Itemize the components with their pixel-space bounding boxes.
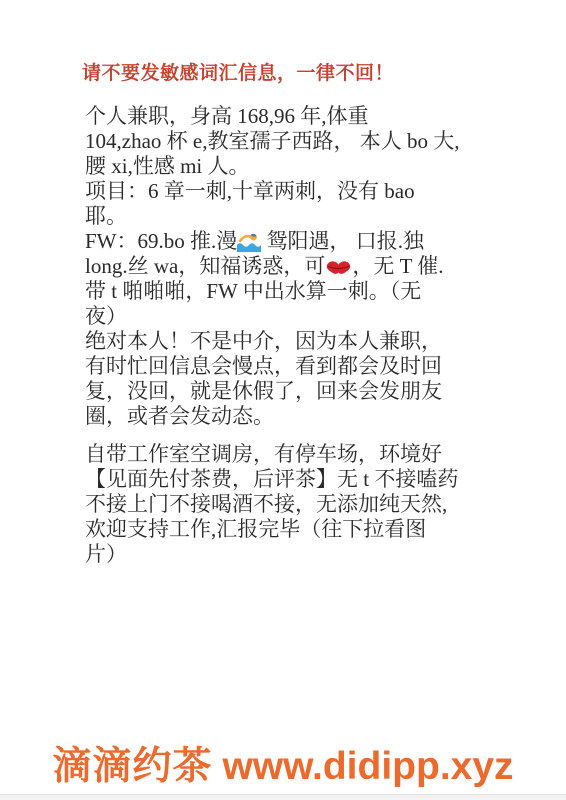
swimmer-emoji-icon (237, 230, 261, 252)
text-fragment: long.丝 wa，知福诱惑，可 (85, 254, 325, 278)
text-fragment: ，无 T 催. (352, 254, 443, 278)
ad-body: 个人兼职，身高 168,96 年,体重 104,zhao 杯 e,教室孺子西路，… (85, 104, 505, 567)
text-line: 自带工作室空调房，有停车场，环境好 (85, 442, 505, 467)
text-line: 个人兼职，身高 168,96 年,体重 (85, 104, 505, 129)
ad-page: 请不要发敏感词汇信息，一律不回！ 个人兼职，身高 168,96 年,体重 104… (0, 0, 566, 800)
text-line: 腰 xi,性感 mi 人。 (85, 154, 505, 179)
text-line: 耶。 (85, 204, 505, 229)
footer-banner: 滴滴约茶www.didipp.xyz (0, 735, 566, 791)
text-line: 欢迎支持工作,汇报完毕（往下拉看图 (85, 517, 505, 542)
paragraph-project: 项目：6 章一刺,十章两刺，没有 bao 耶。 (85, 179, 505, 229)
text-line: 夜） (85, 304, 505, 329)
paragraph-authenticity: 绝对本人！不是中介，因为本人兼职， 有时忙回信息会慢点，看到都会及时回 复，没回… (85, 329, 505, 429)
paragraph-venue: 自带工作室空调房，有停车场，环境好 【见面先付茶费，后评茶】无 t 不接嗑药 不… (85, 442, 505, 567)
paragraph-intro: 个人兼职，身高 168,96 年,体重 104,zhao 杯 e,教室孺子西路，… (85, 104, 505, 179)
text-fragment: FW：69.bo 推.漫 (85, 229, 237, 253)
text-line: 有时忙回信息会慢点，看到都会及时回 (85, 354, 505, 379)
text-line: 项目：6 章一刺,十章两刺，没有 bao (85, 179, 505, 204)
text-line: FW：69.bo 推.漫 鸳阳遇， 口报.独 (85, 229, 505, 254)
text-line: long.丝 wa，知福诱惑，可，无 T 催. (85, 254, 505, 279)
bottom-strip (0, 794, 566, 800)
paragraph-services: FW：69.bo 推.漫 鸳阳遇， 口报.独 long.丝 wa，知福诱惑，可，… (85, 229, 505, 329)
text-line: 104,zhao 杯 e,教室孺子西路， 本人 bo 大, (85, 129, 505, 154)
text-line: 带 t 啪啪啪，FW 中出水算一刺。（无 (85, 279, 505, 304)
kiss-lips-emoji-icon (325, 260, 352, 277)
text-fragment: 鸳阳遇， 口报.独 (261, 229, 424, 253)
text-line: 不接上门不接喝酒不接，无添加纯天然, (85, 492, 505, 517)
warning-banner: 请不要发敏感词汇信息，一律不回！ (82, 58, 394, 85)
footer-url: www.didipp.xyz (222, 745, 513, 788)
text-line: 片） (85, 542, 505, 567)
footer-brand: 滴滴约茶 (52, 745, 212, 788)
text-line: 复，没回，就是休假了，回来会发朋友 (85, 379, 505, 404)
text-line: 绝对本人！不是中介，因为本人兼职， (85, 329, 505, 354)
text-line: 圈，或者会发动态。 (85, 404, 505, 429)
text-line: 【见面先付茶费，后评茶】无 t 不接嗑药 (85, 467, 505, 492)
